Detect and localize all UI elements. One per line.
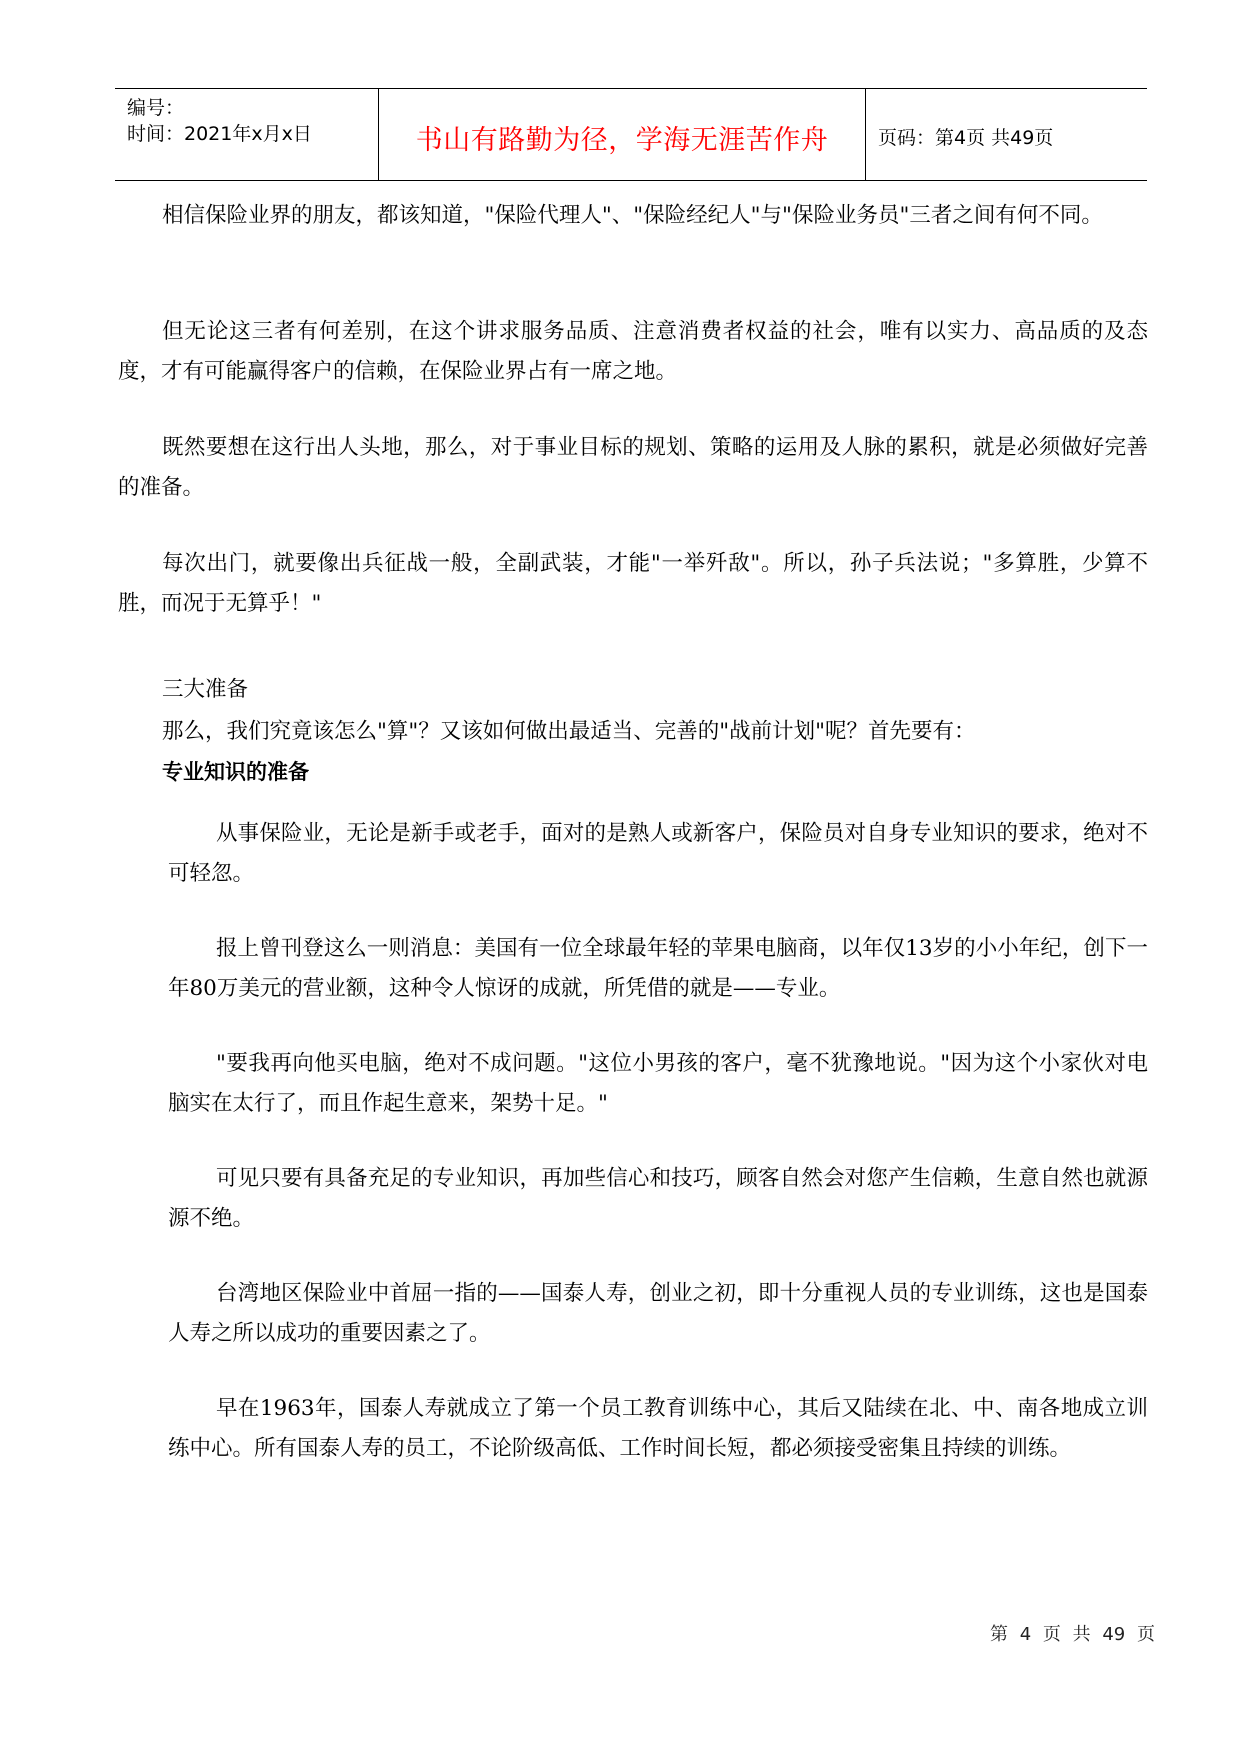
paragraph-1: 相信保险业界的朋友，都该知道，"保险代理人"、"保险经纪人"与"保险业务员"三者… [118, 196, 1148, 236]
header-motto-cell: 书山有路勤为径，学海无涯苦作舟 [378, 89, 866, 180]
paragraph-5: 从事保险业，无论是新手或老手，面对的是熟人或新客户，保险员对自身专业知识的要求，… [168, 814, 1148, 894]
paragraph-7: "要我再向他买电脑，绝对不成问题。"这位小男孩的客户，毫不犹豫地说。"因为这个小… [168, 1044, 1148, 1124]
section-intro: 那么，我们究竟该怎么"算"？又该如何做出最适当、完善的"战前计划"呢？首先要有： [162, 714, 976, 745]
date-label: 时间：2021年x月x日 [127, 119, 312, 146]
paragraph-2: 但无论这三者有何差别，在这个讲求服务品质、注意消费者权益的社会，唯有以实力、高品… [118, 312, 1148, 392]
paragraph-8: 可见只要有具备充足的专业知识，再加些信心和技巧，顾客自然会对您产生信赖，生意自然… [168, 1159, 1148, 1239]
section-title: 三大准备 [162, 672, 248, 703]
paragraph-9: 台湾地区保险业中首屈一指的——国泰人寿，创业之初，即十分重视人员的专业训练，这也… [168, 1274, 1148, 1354]
footer-page-number: 第 4 页 共 49 页 [990, 1620, 1155, 1646]
header-table: 编号： 时间：2021年x月x日 书山有路勤为径，学海无涯苦作舟 页码：第4页 … [115, 88, 1147, 181]
paragraph-10: 早在1963年，国泰人寿就成立了第一个员工教育训练中心，其后又陆续在北、中、南各… [168, 1389, 1148, 1469]
motto: 书山有路勤为径，学海无涯苦作舟 [379, 118, 865, 157]
header-info-cell: 编号： 时间：2021年x月x日 [115, 89, 378, 180]
paragraph-4: 每次出门，就要像出兵征战一般，全副武装，才能"一举歼敌"。所以，孙子兵法说；"多… [118, 544, 1148, 624]
serial-label: 编号： [127, 93, 184, 120]
subheading: 专业知识的准备 [162, 756, 309, 786]
paragraph-6: 报上曾刊登这么一则消息：美国有一位全球最年轻的苹果电脑商，以年仅13岁的小小年纪… [168, 929, 1148, 1009]
page-label: 页码：第4页 共49页 [878, 123, 1053, 150]
header-page-cell: 页码：第4页 共49页 [866, 89, 1147, 180]
paragraph-3: 既然要想在这行出人头地，那么，对于事业目标的规划、策略的运用及人脉的累积，就是必… [118, 428, 1148, 508]
